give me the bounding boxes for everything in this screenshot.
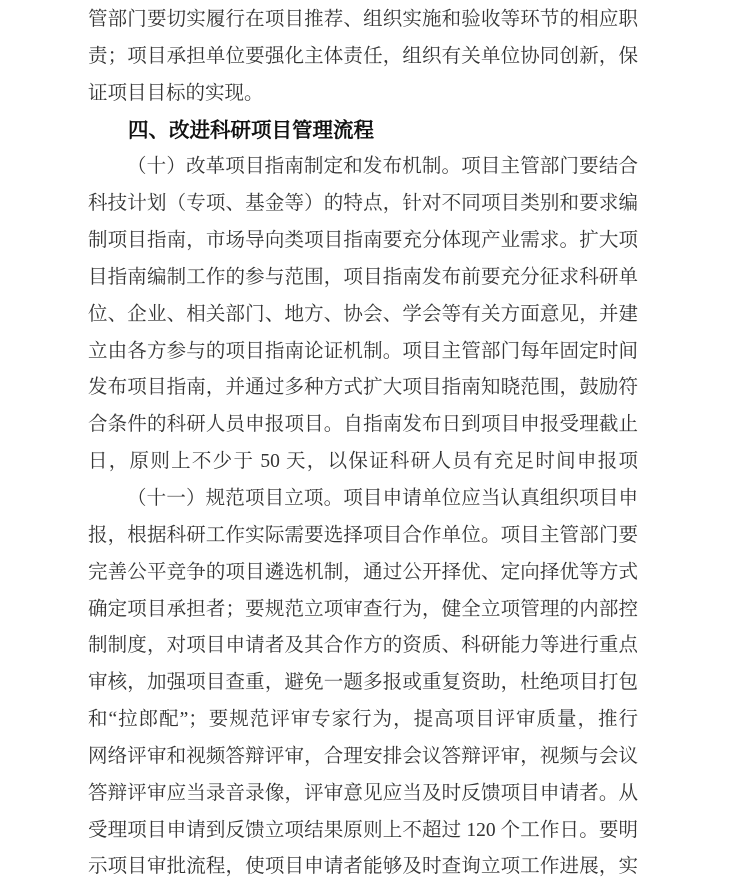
text-line: 证项目目标的实现。 xyxy=(88,76,638,113)
text-line: 位、企业、相关部门、地方、协会、学会等有关方面意见，并建 xyxy=(88,297,638,334)
text-line: （十）改革项目指南制定和发布机制。项目主管部门要结合 xyxy=(88,149,638,186)
text-line: 答辩评审应当录音录像，评审意见应当及时反馈项目申请者。从 xyxy=(88,776,638,813)
text-line: 制项目指南，市场导向类项目指南要充分体现产业需求。扩大项 xyxy=(88,223,638,260)
text-line: 发布项目指南，并通过多种方式扩大项目指南知晓范围，鼓励符 xyxy=(88,370,638,407)
text-line: （十一）规范项目立项。项目申请单位应当认真组织项目申 xyxy=(88,481,638,518)
text-line: 目指南编制工作的参与范围，项目指南发布前要充分征求科研单 xyxy=(88,260,638,297)
text-line: 完善公平竞争的项目遴选机制，通过公开择优、定向择优等方式 xyxy=(88,555,638,592)
text-line: 网络评审和视频答辩评审，合理安排会议答辩评审，视频与会议 xyxy=(88,739,638,776)
text-line: 审核，加强项目查重，避免一题多报或重复资助，杜绝项目打包 xyxy=(88,665,638,702)
text-line: 报，根据科研工作实际需要选择项目合作单位。项目主管部门要 xyxy=(88,518,638,555)
section-heading: 四、改进科研项目管理流程 xyxy=(88,113,638,150)
text-line: 受理项目申请到反馈立项结果原则上不超过 120 个工作日。要明 xyxy=(88,813,638,850)
document-page: 管部门要切实履行在项目推荐、组织实施和验收等环节的相应职责；项目承担单位要强化主… xyxy=(0,0,750,886)
text-line: 责；项目承担单位要强化主体责任，组织有关单位协同创新，保 xyxy=(88,39,638,76)
text-line: 和“拉郎配”；要规范评审专家行为，提高项目评审质量，推行 xyxy=(88,702,638,739)
text-lines: 管部门要切实履行在项目推荐、组织实施和验收等环节的相应职责；项目承担单位要强化主… xyxy=(88,2,638,886)
text-line: 日，原则上不少于 50 天，以保证科研人员有充足时间申报项目。 xyxy=(88,444,638,481)
text-line: 合条件的科研人员申报项目。自指南发布日到项目申报受理截止 xyxy=(88,407,638,444)
text-line: 确定项目承担者；要规范立项审查行为，健全立项管理的内部控 xyxy=(88,592,638,629)
text-line: 制制度，对项目申请者及其合作方的资质、科研能力等进行重点 xyxy=(88,628,638,665)
text-line: 示项目审批流程，使项目申请者能够及时查询立项工作进展，实 xyxy=(88,849,638,886)
text-line: 科技计划（专项、基金等）的特点，针对不同项目类别和要求编 xyxy=(88,186,638,223)
text-line: 管部门要切实履行在项目推荐、组织实施和验收等环节的相应职 xyxy=(88,2,638,39)
text-line: 立由各方参与的项目指南论证机制。项目主管部门每年固定时间 xyxy=(88,334,638,371)
